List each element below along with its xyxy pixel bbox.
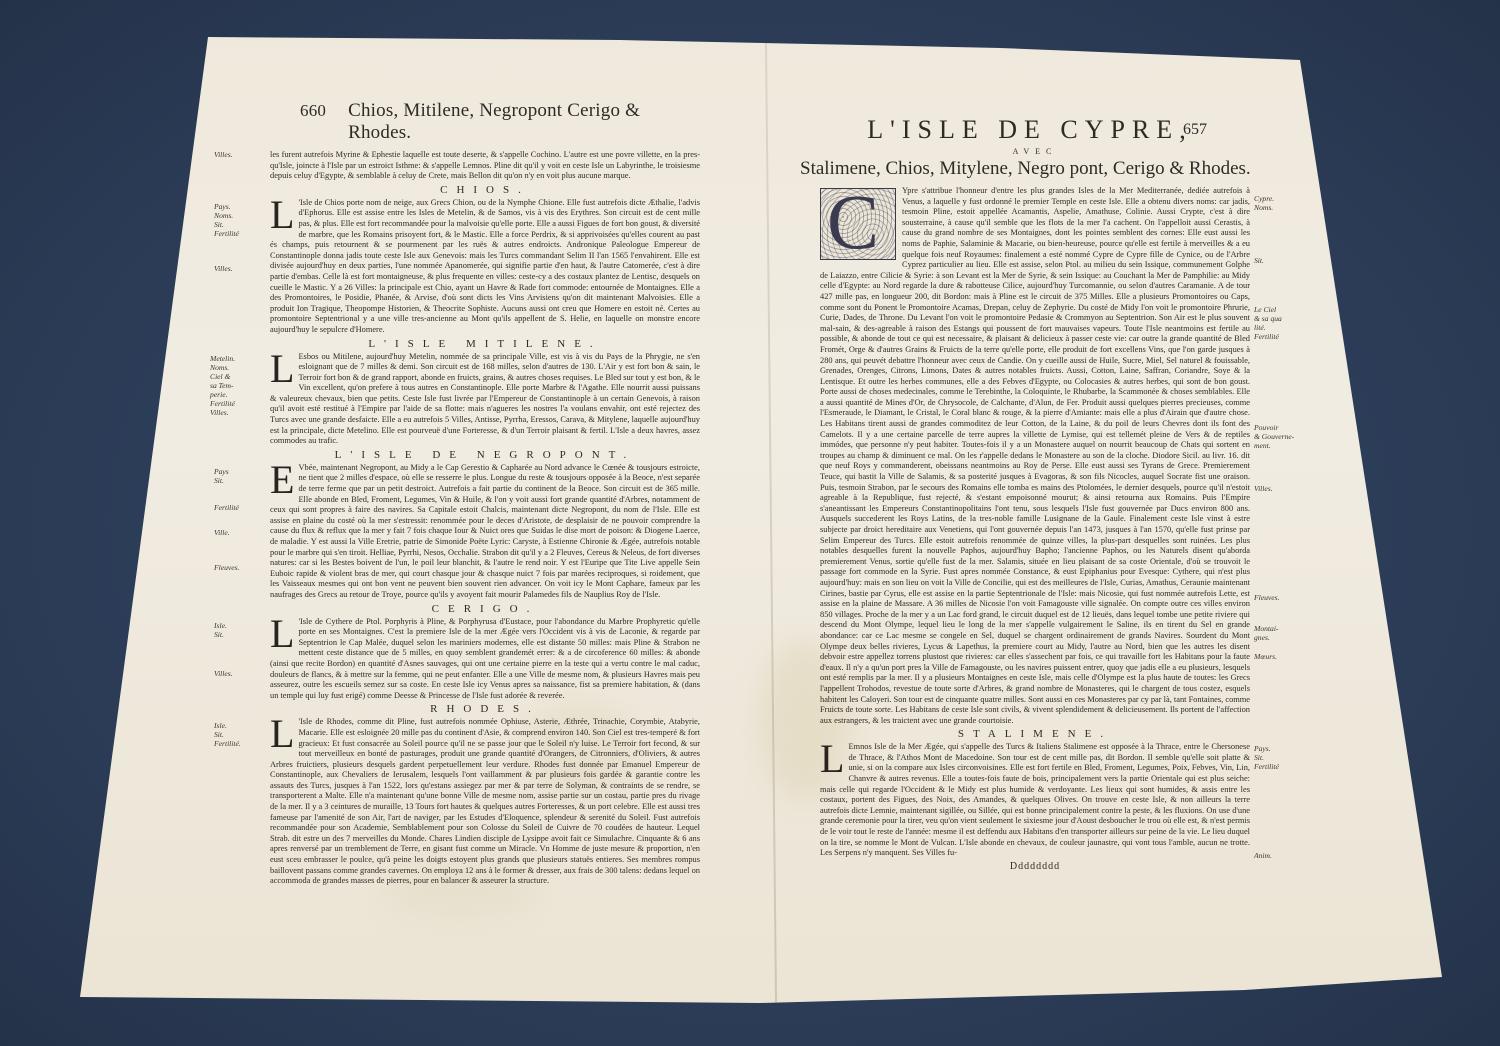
page-title: L'ISLE DE CYPRE, [810,115,1250,145]
running-head-title: Chios, Mitilene, Negropont Cerigo & Rhod… [348,100,700,144]
dropcap: L [270,353,294,385]
section-cerigo: Isle. Sit. Villes. L 'Isle de Cythere de… [270,617,700,702]
signature-mark: Dddddddd [820,861,1250,872]
center-fold [765,40,777,1005]
title-avec: AVEC [820,147,1250,156]
right-page: L'ISLE DE CYPRE, AVEC Stalimene, Chios, … [820,115,1250,872]
page-number: 660 [300,101,326,121]
margin-notes: Isle. Sit. Villes. [214,621,233,678]
section-negropont: Pays Sit. Fertilité Ville. Fleuves. E Vb… [270,463,700,601]
ornamental-initial-c: C [820,188,896,260]
dropcap: L [270,618,294,650]
section-heading-rhodes: RHODES. [270,703,700,715]
margin-notes: Metelin. Noms. Ciel & sa Tem- perie. Fer… [210,354,235,417]
margin-notes: Pays Sit. Fertilité Ville. Fleuves. [214,467,240,572]
margin-notes: Pays. Noms. Sit. Fertilité Villes. [214,202,239,273]
section-stalimene: Pays. Sit. Fertilité Anim. L Emnos Isle … [820,742,1250,859]
section-heading-chios: CHIOS. [270,184,700,196]
dropcap: E [270,464,294,496]
margin-notes: Pays. Sit. Fertilité Anim. [1254,744,1314,860]
running-head: 660 Chios, Mitilene, Negropont Cerigo & … [300,100,700,144]
dropcap: L [270,199,294,231]
margin-notes: Isle. Sit. Fertilité. [214,721,241,748]
section-cypre: Cypre. Noms. Sit. Le Ciel & sa qua lité.… [820,186,1250,726]
margin-notes: Cypre. Noms. Sit. Le Ciel & sa qua lité.… [1254,194,1314,661]
dropcap: L [820,743,844,775]
intro-paragraph: Villes. les furent autrefois Myrine & Ep… [270,150,700,182]
section-heading-stalimene: STALIMENE. [820,728,1250,740]
dropcap: L [270,718,294,750]
section-rhodes: Isle. Sit. Fertilité. L 'Isle de Rhodes,… [270,717,700,887]
section-heading-cerigo: CERIGO. [270,603,700,615]
page-subtitle: Stalimene, Chios, Mitylene, Negro pont, … [800,158,1250,180]
margin-notes: Villes. [214,150,233,159]
section-mitilene: Metelin. Noms. Ciel & sa Tem- perie. Fer… [270,352,700,447]
section-heading-negropont: L'ISLE DE NEGROPONT. [270,449,700,461]
section-chios: Pays. Noms. Sit. Fertilité Villes. L 'Is… [270,198,700,336]
section-heading-mitilene: L'ISLE MITILENE. [270,338,700,350]
left-page: 660 Chios, Mitilene, Negropont Cerigo & … [270,100,700,887]
title-block: L'ISLE DE CYPRE, AVEC Stalimene, Chios, … [820,115,1250,180]
